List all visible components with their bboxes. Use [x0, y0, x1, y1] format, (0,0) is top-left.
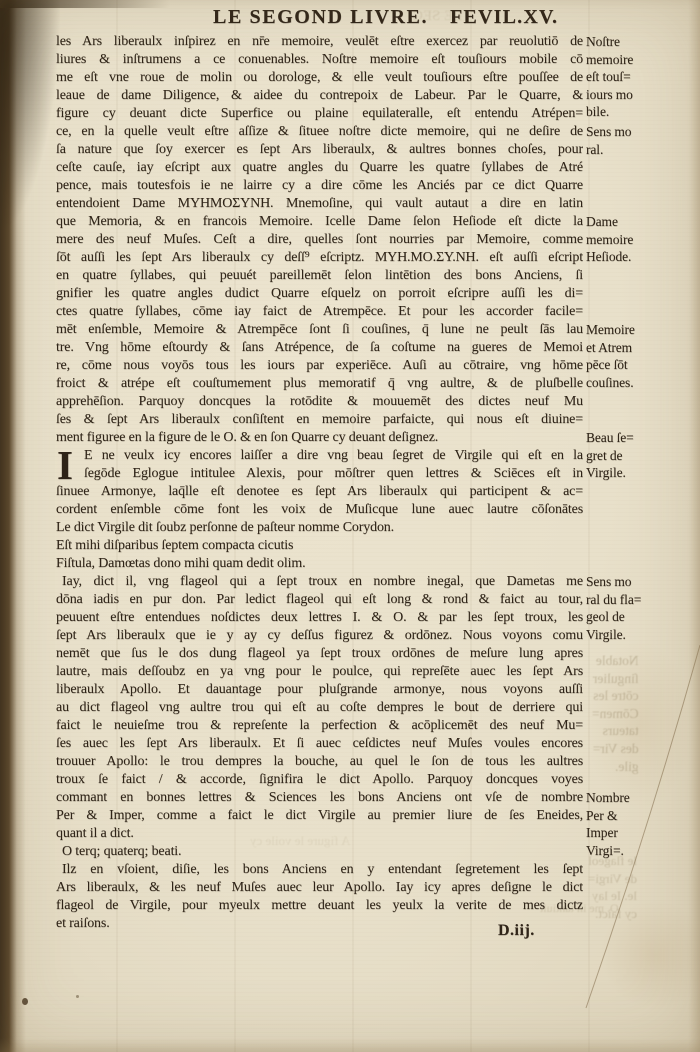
page-top-edge-shadow — [0, 0, 170, 8]
margin-note-line: Virgile. — [586, 626, 698, 644]
ink-spot — [22, 998, 28, 1005]
text-line: quant il a dict. — [56, 825, 583, 844]
text-line: troux ſe faict / & accorde, ſignifira le… — [56, 771, 583, 790]
text-line: ſa nature que ſoy exercer es ſept Ars li… — [56, 141, 583, 160]
text-line: pence, mais toutesfois ie ne lairre cy a… — [56, 177, 583, 196]
text-line: leaue de dame Diligence, & aidee du cont… — [56, 87, 583, 106]
text-line: dōna iadis en pur don. Par ledict flageo… — [56, 591, 583, 610]
text-line: ctes quatre ſyllabes, cōme iay faict de … — [56, 303, 583, 322]
text-line: ſes auec les ſept Ars liberaulx. Et ſi a… — [56, 735, 583, 754]
margin-note-line: pēce ſōt — [586, 356, 698, 374]
signature-mark: D.iij. — [498, 922, 535, 940]
text-line: ment figuree en la figure de le O. & en … — [56, 429, 583, 448]
margin-note-line: Noſtre — [586, 33, 698, 51]
body-text-block: les Ars liberaulx inſpirez en nr̄e memoi… — [56, 33, 583, 953]
text-line: ceſte cauſe, iay eſcript aux quatre angl… — [56, 159, 583, 178]
text-line: en quatre ſyllabes, qui peuuét pareillem… — [56, 267, 583, 286]
margin-note-line: bile. — [586, 103, 698, 121]
text-line: apprehēſion. Parquoy doncques la rotōdit… — [56, 393, 583, 412]
text-line: commant en bonnes lettres & Sciences les… — [56, 789, 583, 808]
showthrough-text: le flageolde Virgi=le. Ie laycy faict. — [588, 852, 637, 922]
text-line: re, cōme nous voyōs tous les iours par e… — [56, 357, 583, 376]
text-line: ſōt auſſi les ſept Ars liberaulx cy deſſ… — [56, 249, 583, 268]
margin-note-line: Per & — [586, 807, 698, 825]
margin-note-line: Dame — [586, 213, 698, 231]
margin-note-line: memoire — [586, 51, 698, 69]
stain-mark — [585, 640, 695, 810]
margin-note-line: Beau ſe= — [586, 429, 698, 447]
text-line: nemēt que ſus le dos dung flageol ya ſep… — [56, 645, 583, 664]
margin-note: Sens moral. — [586, 123, 698, 158]
text-line: Iay, dict il, vng flageol qui a ſept tro… — [56, 573, 583, 592]
margin-note-line: memoire — [586, 231, 698, 249]
text-line: liures & inſtrumens a ce conuenables. No… — [56, 51, 583, 70]
running-title: LE SEGOND LIVRE. — [213, 6, 428, 29]
text-line: ∙∙O terq; quaterq; beati. — [56, 843, 583, 862]
margin-note-line: Memoire — [586, 321, 698, 339]
margin-note: NombrePer &ImperVirgi=. — [586, 789, 698, 859]
text-line: trouuer Apollo: le trou dempres la bouch… — [56, 753, 583, 772]
text-line: tre. Vng hōme eſtourdy & ſans Atrépence,… — [56, 339, 583, 358]
text-line: Le dict Virgile dit ſoubz perſonne de pa… — [56, 519, 583, 538]
margin-note-line: geol de — [586, 608, 698, 626]
text-line: froict & atrépe eſt couſtumement plus me… — [56, 375, 583, 394]
page-bottom-edge-shadow — [0, 1038, 700, 1052]
text-line: lautre, mais deſſoubz en ya vng pour le … — [56, 663, 583, 682]
text-line: liberaulx Apollo. Et dauantage pour pluſ… — [56, 681, 583, 700]
margin-note-line: Virgi=. — [586, 842, 698, 860]
margin-note-line: iours mo — [586, 86, 698, 104]
text-line: faict le neuieſme trou & repreſente la p… — [56, 717, 583, 736]
text-line: ”que Memoria, & en francois Memoire. Ice… — [56, 213, 583, 232]
margin-note-line: couſines. — [586, 374, 698, 392]
margin-note-line: Sens mo — [586, 123, 698, 141]
text-line: E ne veulx icy encores laiſſer a dire vn… — [56, 447, 583, 466]
text-line: Ilz en vſoient, diſie, les bons Anciens … — [56, 861, 583, 880]
margin-note: Noſtrememoireeſt touſ=iours mobile. — [586, 33, 698, 121]
margin-note-line: Sens mo — [586, 573, 698, 591]
text-line: figure cy deuant dicte Superfice ou plai… — [56, 105, 583, 124]
margin-note-line: Nombre — [586, 789, 698, 807]
folio-number: FEVIL.XV. — [450, 6, 558, 29]
margin-note: DamememoireHeſiode. — [586, 213, 698, 266]
text-line: cordent enſemble cōme font les voix de M… — [56, 501, 583, 520]
text-line: ſinuee Armonye, laq̄lle eſt denotee es ſ… — [56, 483, 583, 502]
book-page-scan: LE SEGNotableſinguliercōtre lesCōmen=tat… — [0, 0, 700, 1052]
text-line: ſegōde Eglogue intitulee Alexis, pour mō… — [56, 465, 583, 484]
margin-note-line: ral. — [586, 141, 698, 159]
ink-spot — [76, 995, 79, 998]
margin-note-line: Imper — [586, 824, 698, 842]
margin-note: Sens moral du fla=geol deVirgile. — [586, 573, 698, 643]
margin-note: Beau ſe=gret deVirgile. — [586, 429, 698, 482]
text-line: ſept Ars liberaulx que ie y ay cy deſſus… — [56, 627, 583, 646]
text-line: gnifier les quatre angles dudict Quarre … — [56, 285, 583, 304]
margin-note-line: gret de — [586, 447, 698, 465]
margin-note-line: Heſiode. — [586, 248, 698, 266]
margin-note-line: et Atrem — [586, 339, 698, 357]
text-line: peuuent eſtre entendues noſdictes deux l… — [56, 609, 583, 628]
margin-note-line: ral du fla= — [586, 591, 698, 609]
stain-mark — [600, 900, 700, 1010]
page-left-edge-shadow — [0, 0, 26, 1052]
text-line: flageol de Virgile, pour myeulx mettre d… — [56, 897, 583, 916]
text-line: mere des neuf Muſes. Ceſt a dire, quelle… — [56, 231, 583, 250]
text-line: ce, en la quelle veult eſtre aſſize & ſi… — [56, 123, 583, 142]
text-line: ”Eſt mihi diſparibus ſeptem compacta cic… — [56, 537, 583, 556]
text-line: ”Fiſtula, Damœtas dono mihi quam dedit o… — [56, 555, 583, 574]
text-line: les Ars liberaulx inſpirez en nr̄e memoi… — [56, 33, 583, 52]
text-line: Ars liberaulx, & les neuf Muſes auec leu… — [56, 879, 583, 898]
page-corner-shadow — [0, 0, 60, 230]
text-line: entendoient Dame ΜΥΗΜΟΣΥΝΗ. Mnemoſine, q… — [56, 195, 583, 214]
showthrough-text: Notableſinguliercōtre lesCōmen=tateursde… — [592, 652, 639, 775]
text-line: au dict flageol vng aultre trou qui eſt … — [56, 699, 583, 718]
drop-cap-initial: I — [57, 447, 73, 483]
text-line: ſes & ſept Ars liberaulx conſiſtent en m… — [56, 411, 583, 430]
margin-note: Memoireet Atrempēce ſōtcouſines. — [586, 321, 698, 391]
margin-note-line: eſt touſ= — [586, 68, 698, 86]
text-line: me eſt vne roue de molin ou dorologe, & … — [56, 69, 583, 88]
text-line: mēt enſemble, Memoire & Atrempēce ſont ſ… — [56, 321, 583, 340]
margin-note-line: Virgile. — [586, 464, 698, 482]
text-line: Per & Imper, comme a faict le dict Virgi… — [56, 807, 583, 826]
